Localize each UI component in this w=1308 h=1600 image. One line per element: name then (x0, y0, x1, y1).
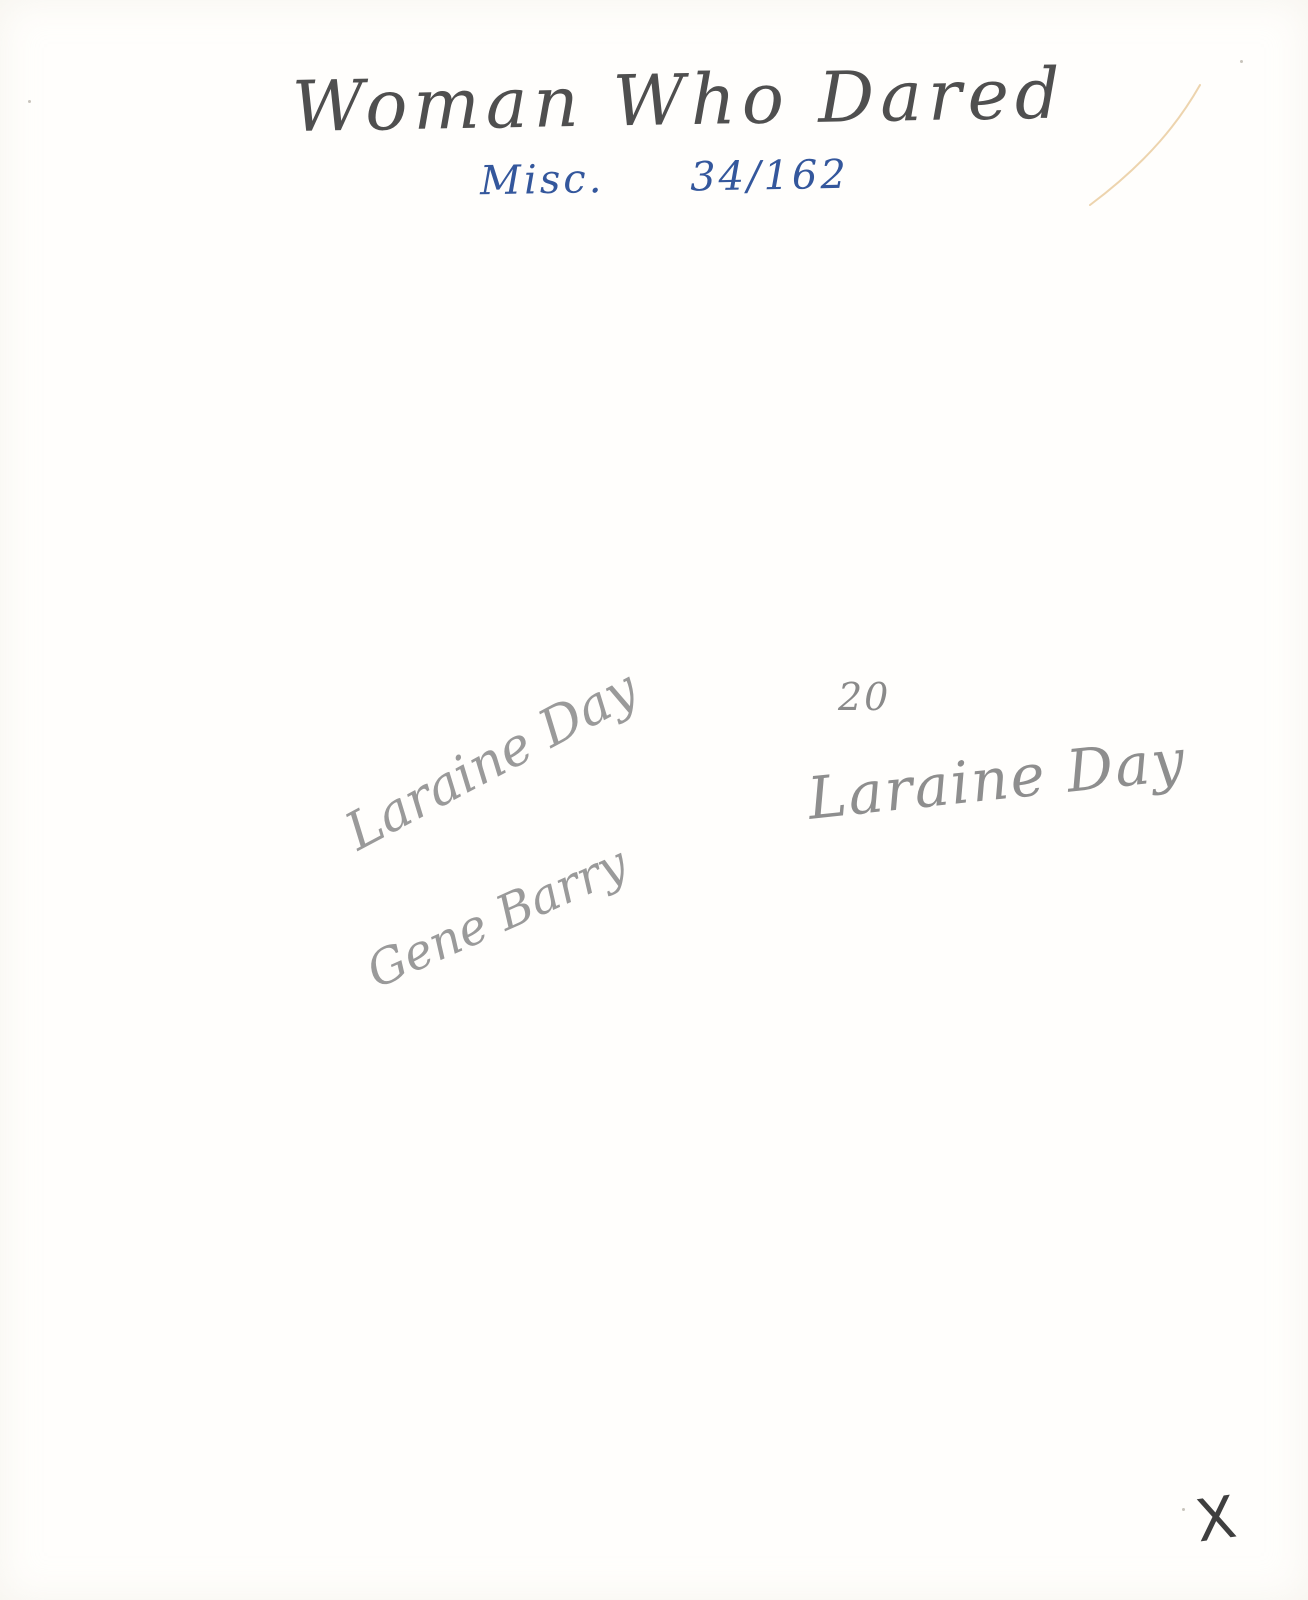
photo-back-sheet: Woman Who Dared Misc. 34/162 20 Laraine … (0, 0, 1308, 1600)
corner-x-mark: X (1192, 1488, 1239, 1551)
paper-speck (1240, 60, 1243, 63)
paper-speck (28, 100, 31, 103)
signature-laraine-day: Laraine Day (338, 662, 646, 859)
catalog-number: Misc. 34/162 (480, 155, 849, 201)
signature-gene-barry: Gene Barry (360, 839, 634, 996)
handwritten-name: Laraine Day (805, 730, 1189, 827)
handwritten-title: Woman Who Dared (291, 59, 1066, 142)
handwritten-number: 20 (838, 678, 890, 716)
stain-mark-icon (1080, 80, 1210, 210)
paper-speck (1182, 1508, 1185, 1511)
